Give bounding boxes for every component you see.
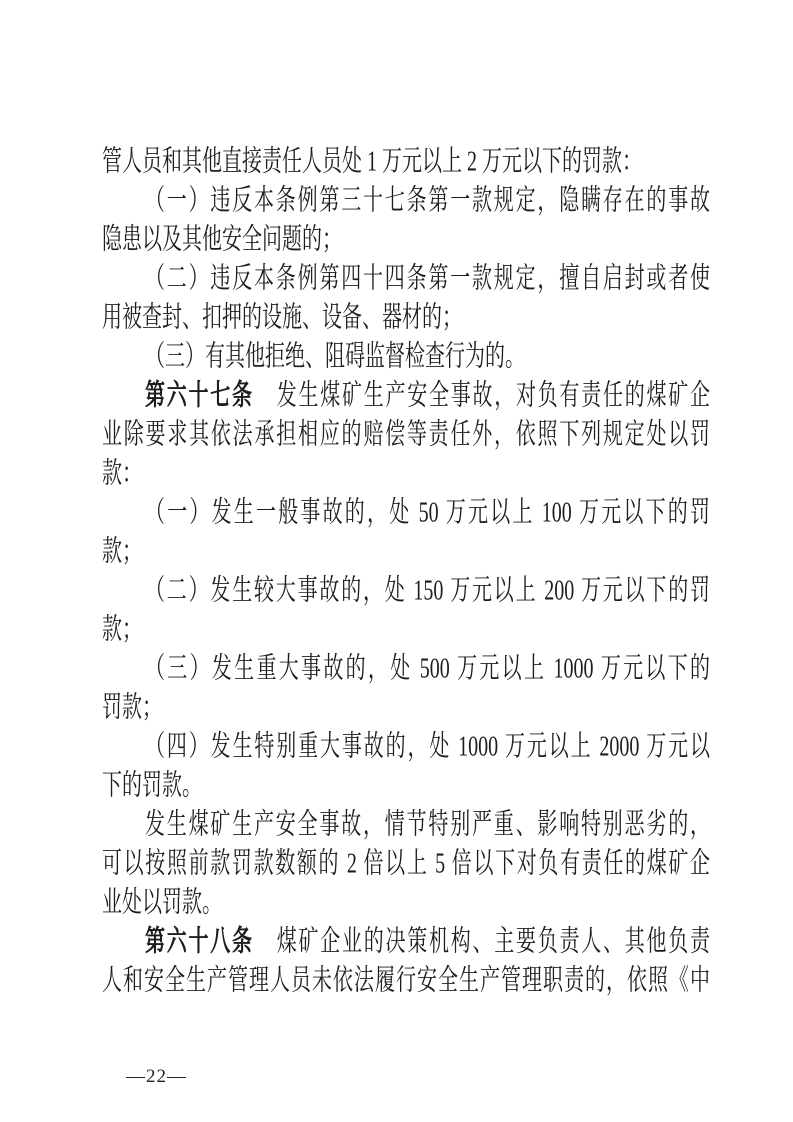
document-page: 管人员和其他直接责任人员处 1 万元以上 2 万元以下的罚款： （一）违反本条例…: [0, 0, 793, 1122]
page-number: —22—: [126, 1066, 187, 1088]
text-line: 第六十八条煤矿企业的决策机构、主要负责人、其他负责: [102, 923, 710, 962]
article-number: 第六十七条: [145, 380, 254, 412]
text-line: 发生煤矿生产安全事故，情节特别严重、影响特别恶劣的，: [102, 806, 710, 845]
text-line: 款：: [102, 455, 710, 494]
line-text: （四）发生特别重大事故的，处 1000 万元以上 2000 万元以: [145, 731, 710, 763]
text-line: （一）违反本条例第三十七条第一款规定，隐瞒存在的事故: [102, 182, 710, 221]
line-text: （一）发生一般事故的，处 50 万元以上 100 万元以下的罚: [145, 497, 710, 529]
line-text: （二）发生较大事故的，处 150 万元以上 200 万元以下的罚: [145, 575, 710, 607]
text-line: 下的罚款。: [102, 767, 710, 806]
line-text: 款；: [102, 614, 142, 646]
line-text: 业除要求其依法承担相应的赔偿等责任外，依照下列规定处以罚: [102, 419, 710, 451]
text-line: 业除要求其依法承担相应的赔偿等责任外，依照下列规定处以罚: [102, 416, 710, 455]
line-text: 发生煤矿生产安全事故，情节特别严重、影响特别恶劣的，: [145, 809, 710, 841]
line-text: （二）违反本条例第四十四条第一款规定，擅自启封或者使: [145, 263, 710, 295]
line-text: 隐患以及其他安全问题的；: [102, 224, 342, 256]
text-line: 隐患以及其他安全问题的；: [102, 221, 710, 260]
line-text: 煤矿企业的决策机构、主要负责人、其他负责: [277, 926, 710, 958]
line-text: 可以按照前款罚款数额的 2 倍以上 5 倍以下对负有责任的煤矿企: [102, 848, 710, 880]
line-text: （一）违反本条例第三十七条第一款规定，隐瞒存在的事故: [145, 185, 710, 217]
text-line: 第六十七条发生煤矿生产安全事故，对负有责任的煤矿企: [102, 377, 710, 416]
line-text: 款；: [102, 536, 142, 568]
text-line: 管人员和其他直接责任人员处 1 万元以上 2 万元以下的罚款：: [102, 143, 710, 182]
text-line: （二）违反本条例第四十四条第一款规定，擅自启封或者使: [102, 260, 710, 299]
line-text: 用被查封、扣押的设施、设备、器材的；: [102, 302, 462, 334]
line-text: 业处以罚款。: [102, 887, 222, 919]
text-line: 人和安全生产管理人员未依法履行安全生产管理职责的，依照《中: [102, 962, 710, 1001]
text-line: 用被查封、扣押的设施、设备、器材的；: [102, 299, 710, 338]
line-text: （三）发生重大事故的，处 500 万元以上 1000 万元以下的: [145, 653, 710, 685]
text-line: 款；: [102, 533, 710, 572]
text-line: （三）发生重大事故的，处 500 万元以上 1000 万元以下的: [102, 650, 710, 689]
line-text: 下的罚款。: [102, 770, 202, 802]
line-text: 罚款；: [102, 692, 162, 724]
document-body: 管人员和其他直接责任人员处 1 万元以上 2 万元以下的罚款： （一）违反本条例…: [102, 143, 710, 1001]
line-text: 款：: [102, 458, 142, 490]
text-line: 业处以罚款。: [102, 884, 710, 923]
text-line: （二）发生较大事故的，处 150 万元以上 200 万元以下的罚: [102, 572, 710, 611]
text-line: 款；: [102, 611, 710, 650]
line-text: 管人员和其他直接责任人员处 1 万元以上 2 万元以下的罚款：: [102, 146, 642, 178]
line-text: 人和安全生产管理人员未依法履行安全生产管理职责的，依照《中: [102, 965, 710, 997]
text-line: 可以按照前款罚款数额的 2 倍以上 5 倍以下对负有责任的煤矿企: [102, 845, 710, 884]
text-line: （三）有其他拒绝、阻碍监督检查行为的。: [102, 338, 710, 377]
text-line: （四）发生特别重大事故的，处 1000 万元以上 2000 万元以: [102, 728, 710, 767]
article-number: 第六十八条: [145, 926, 254, 958]
line-text: 发生煤矿生产安全事故，对负有责任的煤矿企: [277, 380, 710, 412]
line-text: （三）有其他拒绝、阻碍监督检查行为的。: [145, 341, 525, 373]
text-line: 罚款；: [102, 689, 710, 728]
text-line: （一）发生一般事故的，处 50 万元以上 100 万元以下的罚: [102, 494, 710, 533]
